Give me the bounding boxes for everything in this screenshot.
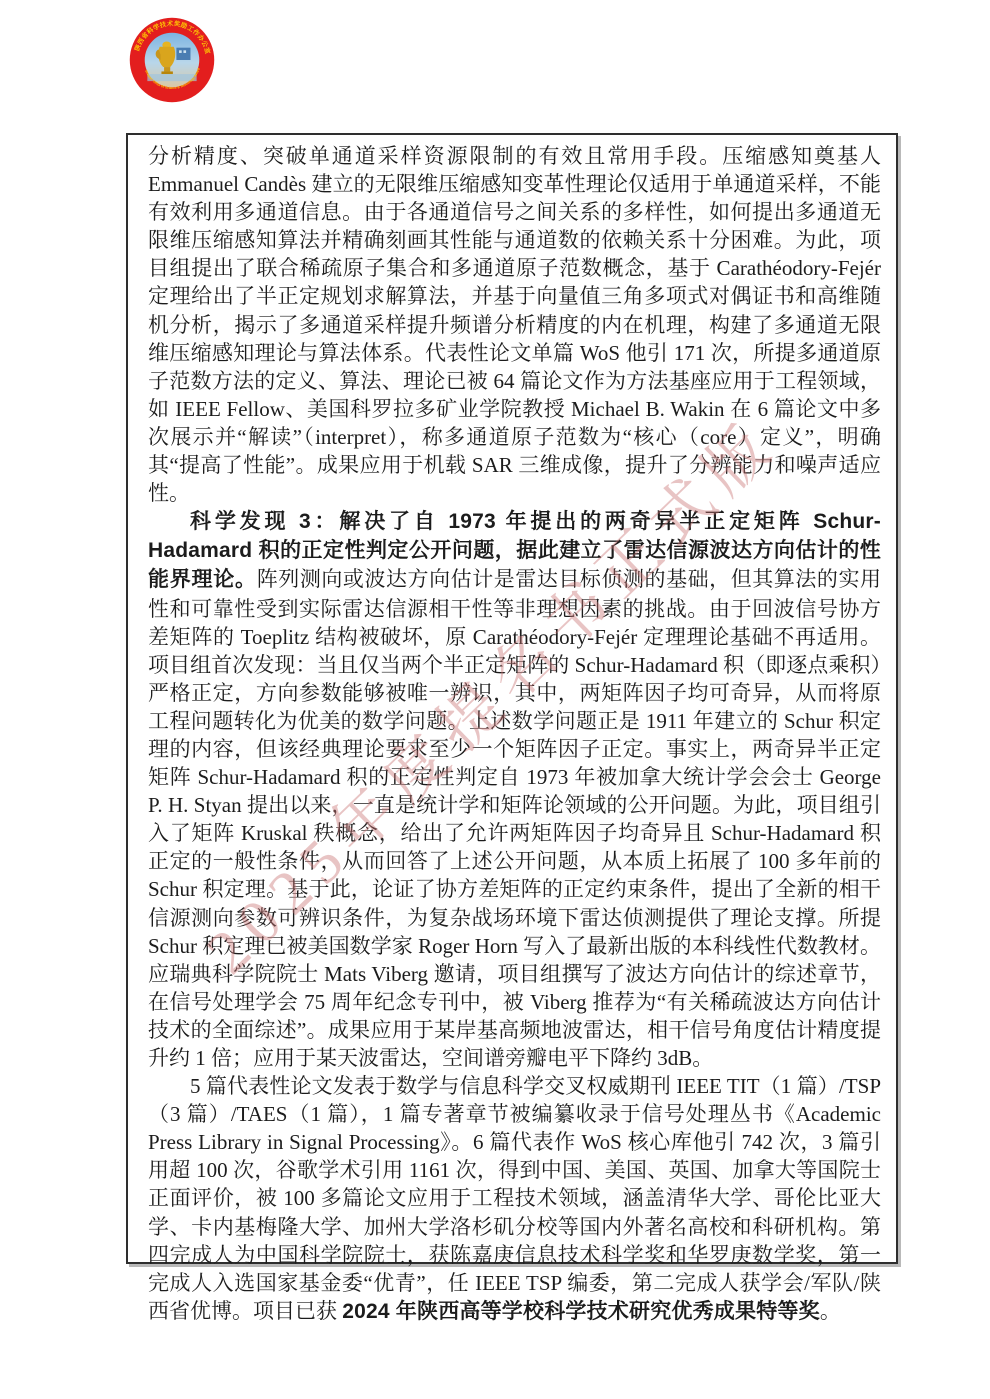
text-run: 阵列测向或波达方向估计是雷达目标侦测的基础，但其算法的实用性和可靠性受到实际雷达…	[148, 567, 881, 1070]
text-run: 。	[820, 1299, 841, 1323]
award-office-seal: 陕西省科学技术奖励工作办公室 Shaanxi Office Of Science…	[128, 16, 216, 104]
building-window	[179, 50, 182, 53]
paragraph: 5 篇代表性论文发表于数学与信息科学交叉权威期刊 IEEE TIT（1 篇）/T…	[148, 1072, 881, 1326]
document-body: 分析精度、突破单通道采样资源限制的有效且常用手段。压缩感知奠基人 Emmanue…	[128, 135, 896, 1326]
bold-text-run: 2024 年陕西高等学校科学技术研究优秀成果特等奖	[342, 1300, 820, 1323]
seal-graphic: 陕西省科学技术奖励工作办公室 Shaanxi Office Of Science…	[128, 16, 216, 104]
text-run: 分析精度、突破单通道采样资源限制的有效且常用手段。压缩感知奠基人 Emmanue…	[148, 144, 881, 505]
text-run: 5 篇代表性论文发表于数学与信息科学交叉权威期刊 IEEE TIT（1 篇）/T…	[148, 1074, 881, 1323]
building-window	[183, 50, 186, 53]
page-root: { "logo": { "arc_top": "陕西省科学技术奖励工作办公室",…	[0, 0, 990, 1399]
document-frame: 分析精度、突破单通道采样资源限制的有效且常用手段。压缩感知奠基人 Emmanue…	[126, 133, 898, 1264]
paragraph: 分析精度、突破单通道采样资源限制的有效且常用手段。压缩感知奠基人 Emmanue…	[148, 142, 881, 507]
building-shape	[176, 48, 190, 60]
paragraph: 科学发现 3：解决了自 1973 年提出的两奇异半正定矩阵 Schur-Hada…	[148, 507, 881, 1072]
